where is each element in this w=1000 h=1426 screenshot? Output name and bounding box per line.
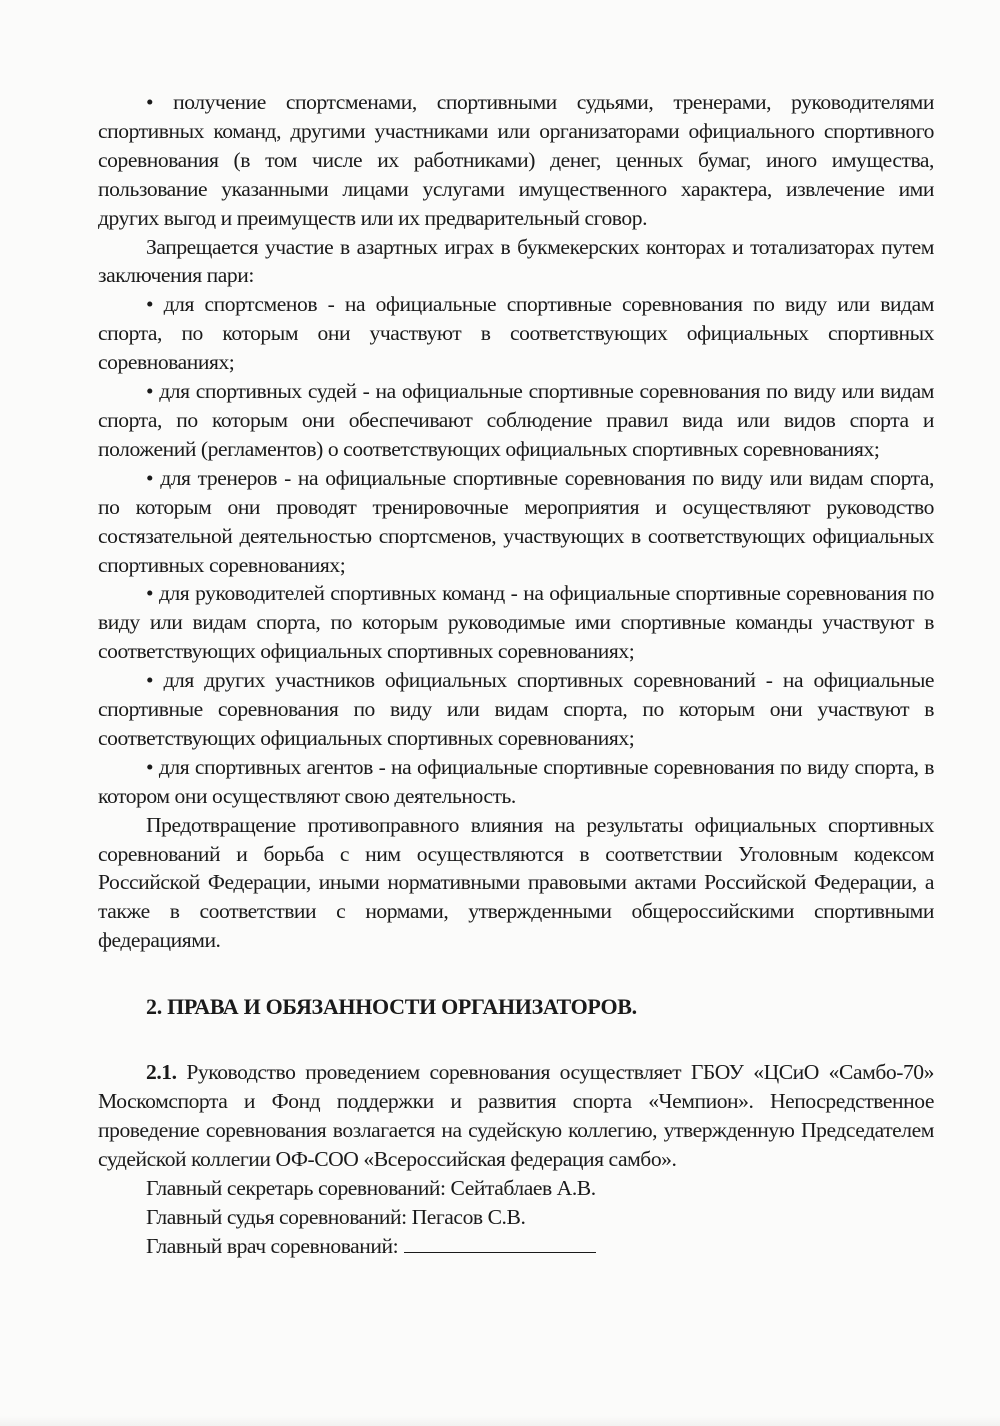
chief-doctor: Главный врач соревнований:	[98, 1232, 934, 1261]
chief-judge: Главный судья соревнований: Пегасов С.В.	[98, 1203, 934, 1232]
intro-bullet: получение спортсменами, спортивными судь…	[98, 88, 934, 233]
scan-edge-shadow	[0, 1416, 1000, 1426]
clause-text: Руководство проведением соревнования осу…	[98, 1060, 934, 1171]
gambling-bullet-other-participants: для других участников официальных спорти…	[98, 666, 934, 753]
gambling-bullet-judges: для спортивных судей - на официальные сп…	[98, 377, 934, 464]
prevention-paragraph: Предотвращение противоправного влияния н…	[98, 811, 934, 956]
gambling-intro: Запрещается участие в азартных играх в б…	[98, 233, 934, 291]
clause-number: 2.1.	[146, 1060, 177, 1084]
gambling-bullet-agents: для спортивных агентов - на официальные …	[98, 753, 934, 811]
gambling-bullet-athletes: для спортсменов - на официальные спортив…	[98, 290, 934, 377]
section-heading: 2. ПРАВА И ОБЯЗАННОСТИ ОРГАНИЗАТОРОВ.	[98, 993, 934, 1022]
clause-2-1: 2.1. Руководство проведением соревновани…	[98, 1058, 934, 1174]
gambling-bullet-team-leaders: для руководителей спортивных команд - на…	[98, 579, 934, 666]
blank-signature-line	[404, 1234, 596, 1253]
chief-secretary: Главный секретарь соревнований: Сейтабла…	[98, 1174, 934, 1203]
document-page: получение спортсменами, спортивными судь…	[98, 88, 934, 1260]
gambling-bullet-coaches: для тренеров - на официальные спортивные…	[98, 464, 934, 580]
chief-doctor-label: Главный врач соревнований:	[146, 1234, 398, 1258]
